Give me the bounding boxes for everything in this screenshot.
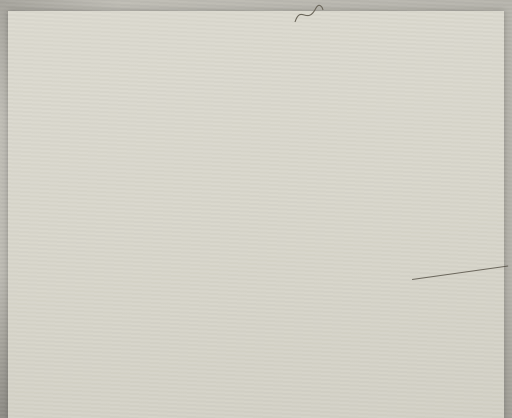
- classification-banner: [230, 51, 383, 59]
- col-header-anmerkung: [441, 51, 502, 119]
- handwritten-overlay-note: [240, 293, 392, 298]
- ink-flourish: [292, 2, 326, 26]
- scanned-census-form: [0, 0, 512, 418]
- col-header-wohnparthei: [64, 51, 72, 119]
- form-title: [173, 18, 401, 35]
- col-header-hausbesitzer: [19, 51, 64, 119]
- conscription-label: [386, 14, 500, 15]
- table-header: [8, 51, 504, 119]
- col-header-beschickt-box: [125, 51, 181, 119]
- col-header-geburtsjahr: [109, 51, 125, 119]
- col-header-hausnumer: [8, 51, 19, 119]
- form-sheet: [8, 11, 504, 418]
- ink-stroke: [412, 266, 508, 280]
- form-header: [8, 11, 504, 51]
- col-header-bewohner: [72, 51, 109, 119]
